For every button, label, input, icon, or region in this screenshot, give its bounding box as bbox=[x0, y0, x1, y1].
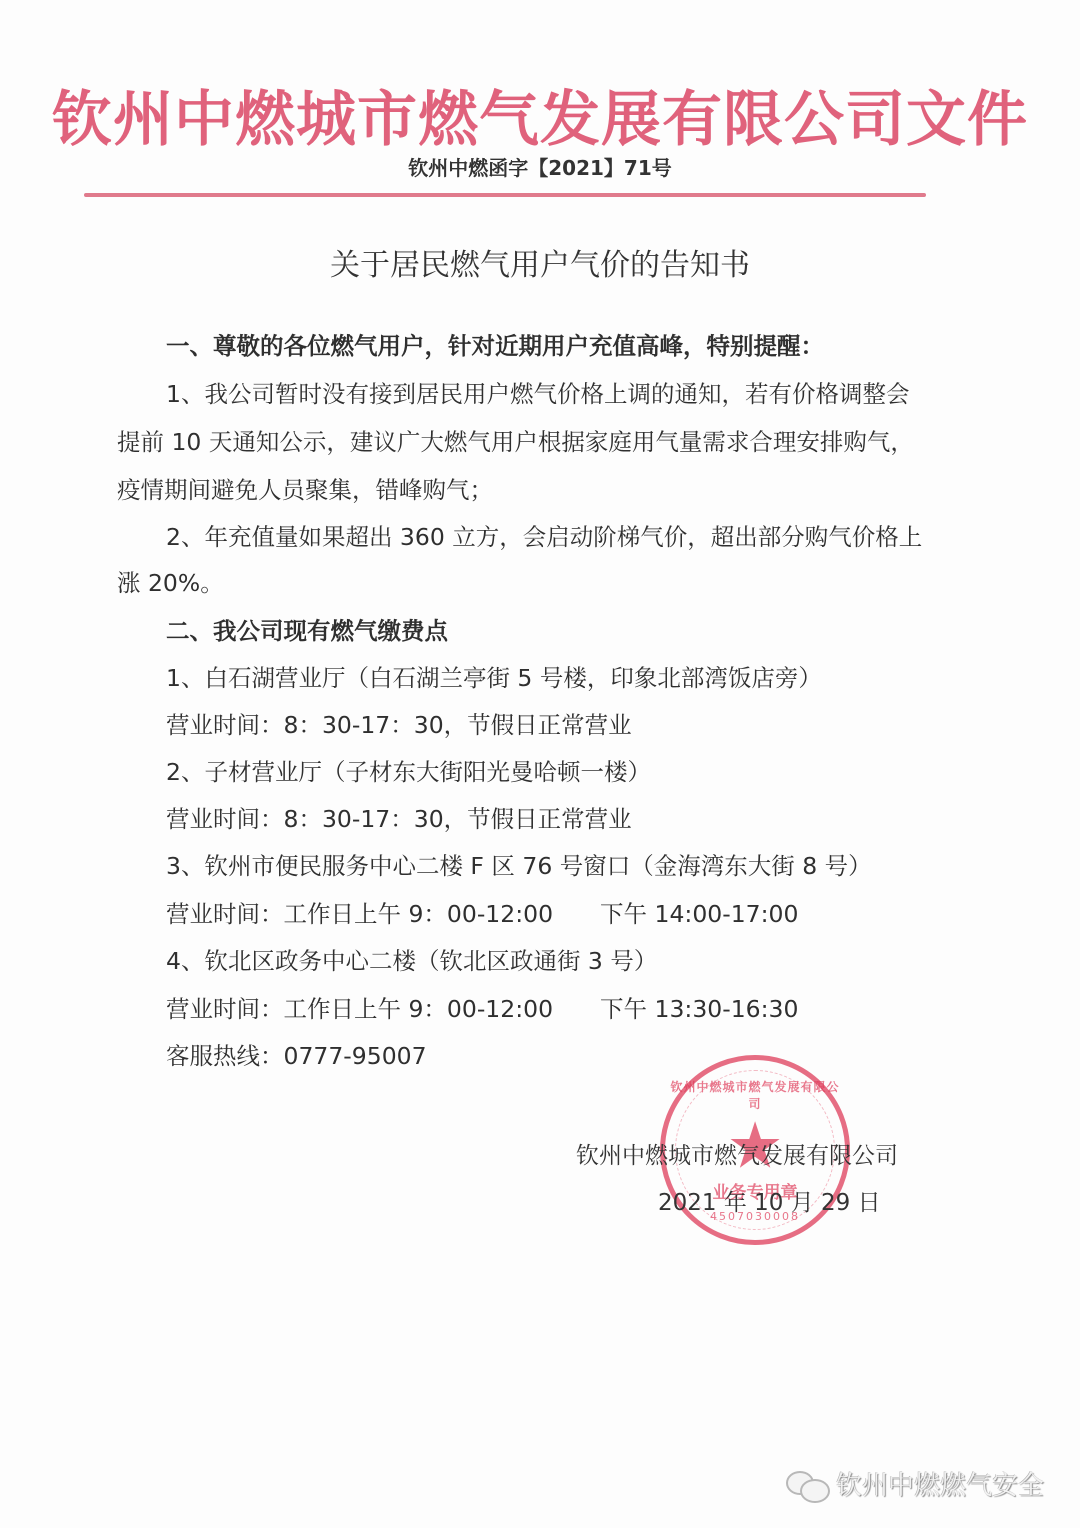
section1-item2-line1: 2、年充值量如果超出 360 立方，会启动阶梯气价，超出部分购气价格上 bbox=[166, 521, 922, 553]
section1-item1-line3: 疫情期间避免人员聚集，错峰购气； bbox=[117, 474, 493, 506]
payment-point-4-name: 4、钦北区政务中心二楼（钦北区政通街 3 号） bbox=[166, 945, 657, 977]
header-divider bbox=[84, 193, 926, 197]
payment-point-4-hours: 营业时间：工作日上午 9：00-12:00 下午 13:30-16:30 bbox=[166, 993, 798, 1025]
notice-title: 关于居民燃气用户气价的告知书 bbox=[0, 240, 1080, 284]
signature-date: 2021 年 10 月 29 日 bbox=[658, 1184, 881, 1217]
payment-point-1-name: 1、白石湖营业厅（白石湖兰亭街 5 号楼，印象北部湾饭店旁） bbox=[166, 662, 822, 694]
org-title: 钦州中燃城市燃气发展有限公司文件 bbox=[0, 72, 1080, 158]
wechat-icon bbox=[786, 1469, 830, 1499]
signature-company: 钦州中燃城市燃气发展有限公司 bbox=[576, 1137, 898, 1170]
section1-item1-line1: 1、我公司暂时没有接到居民用户燃气价格上调的通知，若有价格调整会 bbox=[166, 378, 909, 410]
seal-arc-text: 钦州中燃城市燃气发展有限公司 bbox=[665, 1078, 845, 1112]
hotline: 客服热线：0777-95007 bbox=[166, 1040, 427, 1072]
section1-heading: 一、尊敬的各位燃气用户，针对近期用户充值高峰，特别提醒： bbox=[166, 330, 824, 362]
payment-point-2-name: 2、子材营业厅（子材东大街阳光曼哈顿一楼） bbox=[166, 756, 651, 788]
section2-heading: 二、我公司现有燃气缴费点 bbox=[166, 615, 448, 647]
payment-point-2-hours: 营业时间：8：30-17：30，节假日正常营业 bbox=[166, 803, 632, 835]
section1-item1-line2: 提前 10 天通知公示，建议广大燃气用户根据家庭用气量需求合理安排购气， bbox=[117, 426, 914, 458]
payment-point-1-hours: 营业时间：8：30-17：30，节假日正常营业 bbox=[166, 709, 632, 741]
payment-point-3-hours: 营业时间：工作日上午 9：00-12:00 下午 14:00-17:00 bbox=[166, 898, 798, 930]
payment-point-3-name: 3、钦州市便民服务中心二楼 F 区 76 号窗口（金海湾东大街 8 号） bbox=[166, 850, 872, 882]
watermark-text: 钦州中燃燃气安全 bbox=[836, 1465, 1044, 1502]
document-number: 钦州中燃函字【2021】71号 bbox=[0, 152, 1080, 181]
section1-item2-line2: 涨 20%。 bbox=[117, 567, 224, 599]
watermark: 钦州中燃燃气安全 bbox=[786, 1465, 1044, 1502]
